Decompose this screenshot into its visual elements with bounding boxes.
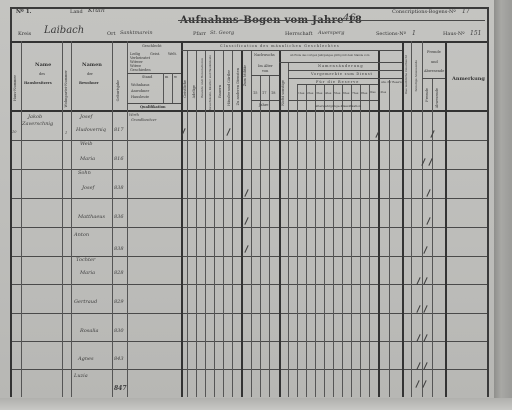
besitzer-cell-1: Jakob — [28, 114, 42, 120]
bewohner-cell-2: Maria — [80, 156, 95, 162]
col-rule — [205, 50, 206, 397]
col-rule — [251, 50, 252, 397]
form-number: Nº 1. — [16, 9, 31, 15]
bewohner-cell-1: Luzia — [74, 373, 88, 379]
col-rule — [432, 78, 433, 397]
age-col-10: 10tes — [379, 91, 386, 94]
bewohner-cell-2: Gertraud — [74, 299, 97, 305]
geburtsjahr-cell: 830 — [114, 328, 124, 334]
col-rule — [369, 84, 370, 397]
kreis-label: Kreis — [18, 31, 31, 37]
col-rule — [411, 41, 412, 397]
bewohner-cell-1: Tochter — [76, 257, 95, 263]
geburtsjahr-cell: 838 — [114, 246, 124, 252]
fremde-title-1: Fremde — [427, 50, 441, 54]
fremde-col-1: Fremde — [425, 88, 429, 102]
col-rule — [223, 50, 224, 397]
geburtsjahr-cell: 836 — [114, 214, 124, 220]
bewohner-cell-1: Weib — [80, 141, 93, 147]
stand-col-m: m — [165, 75, 168, 79]
header-haus-nr: Haus-Nummer — [13, 75, 17, 101]
stand-col-w: w — [174, 75, 177, 79]
ort-label: Ort — [107, 31, 116, 37]
header-name-3: Hausbesitzers — [24, 81, 52, 85]
stand-row-3: Hausleute — [131, 95, 149, 99]
haus-nr-cell: 10 — [12, 130, 16, 134]
fremde-title-3: Abwesende — [424, 69, 444, 73]
geburtsjahr-cell: 847 — [114, 385, 127, 392]
bewohner-cell-2: Maria — [80, 270, 95, 276]
page-edge — [494, 0, 512, 410]
col-rule — [402, 41, 404, 397]
header-bottom-rule — [10, 110, 487, 112]
qualifikation-cell-1: Wirth — [129, 113, 139, 117]
class-col-6: Häusler und Gärtler — [227, 70, 231, 106]
col-rule — [342, 84, 343, 397]
col-rule — [360, 84, 361, 397]
header-namen-3: Bewohner — [79, 81, 99, 85]
age-col-2: 2tes — [307, 91, 313, 95]
kuenftig-title: Ab Ende des vorigen Jahrganges gültig mi… — [290, 54, 370, 57]
geburtsjahr-cell: 843 — [114, 356, 124, 362]
subheader-rule — [127, 103, 181, 104]
kreis-value: Laibach — [44, 25, 84, 36]
col-rule — [288, 62, 289, 397]
table-top-rule — [10, 41, 487, 43]
bewohner-cell-2: Matthaeus — [78, 214, 105, 220]
geburtsjahr-cell: 829 — [114, 299, 124, 305]
col-rule — [187, 50, 188, 397]
herrschaft-label: Herrschaft — [285, 31, 313, 37]
rest-heiratsfaehig: Das weibliche Geschlecht — [404, 55, 408, 94]
header-namen-1: Namen — [82, 62, 102, 68]
header-name-1: Name — [35, 62, 51, 68]
col-rule — [445, 41, 447, 397]
haus-value: 151 — [470, 30, 481, 37]
herrschaft-value: Auersperg — [318, 30, 345, 36]
subheader-rule — [288, 70, 402, 71]
col-rule — [241, 50, 243, 397]
bewohner-cell-1: Sohn — [78, 170, 91, 176]
stand-row-2: Anwohner — [131, 89, 149, 93]
class-col-2: Adelige — [192, 85, 196, 98]
age-col-5: 5tes — [334, 91, 340, 95]
col-rule — [306, 84, 307, 397]
subheader-rule — [251, 75, 279, 76]
sections-value: 1 — [412, 30, 416, 37]
geschlecht-row-5: Geschieden — [130, 68, 151, 72]
subheader-rule — [279, 62, 402, 63]
pfarr-label: Pfarr — [193, 31, 206, 37]
subheader-rule — [422, 78, 445, 79]
nachwuchs-title: Nachwuchs — [254, 53, 275, 57]
fuer-die-reserve: Für die Reserve — [316, 80, 359, 84]
subheader-rule — [251, 100, 279, 101]
class-col-5: Bauern — [218, 85, 222, 98]
col-rule — [378, 50, 380, 397]
col-rule — [71, 41, 72, 397]
col-rule — [333, 84, 334, 397]
qualifikation-label: Qualifikation — [140, 105, 166, 109]
bewohner-cell-2: Hudoverniq — [76, 127, 106, 133]
vorrath-label: Zum Militär — [243, 65, 247, 86]
qualifikation-cell-2: Grundbesitzer — [131, 118, 156, 122]
age-col-1: 1tes — [298, 91, 304, 95]
anmerkung-header: Anmerkung — [452, 76, 485, 82]
col-rule — [297, 84, 298, 397]
page-edge-bottom — [0, 398, 512, 410]
geburtsjahr-cell: 838 — [114, 185, 124, 191]
nachwuchs-sub: Im Alter — [258, 64, 273, 68]
subheader-rule — [288, 100, 378, 101]
class-col-3: Beamte und Honoratioren — [200, 58, 204, 98]
stand-title: Stand — [142, 75, 152, 79]
bewohner-cell-2: Rosalia — [80, 328, 99, 334]
row-divider — [10, 198, 487, 199]
col-rule — [163, 73, 164, 103]
nicht-sonstige: Nicht sonstige — [281, 80, 285, 106]
fremde-col-2: Abwesende — [435, 88, 439, 108]
nachwuchs-age-18: 18 — [271, 91, 275, 95]
header-wohnpartei: Wohnpartei-Nummer — [64, 70, 68, 107]
age-col-3: 3tes — [316, 91, 322, 95]
ort-value: Sanktmarein — [120, 30, 153, 36]
nachwuchs-age-17: 17 — [262, 91, 266, 95]
conscriptions-label: Conscriptions-Bogens-Nº — [392, 9, 456, 15]
fremde-title-2: und — [431, 60, 438, 64]
col-rule — [232, 50, 233, 397]
stand-row-1: Wohnhaus — [131, 83, 149, 87]
col-rule — [21, 41, 22, 397]
land-label: Land — [70, 9, 83, 15]
subheader-rule — [297, 84, 378, 85]
conscriptions-value: 17 — [462, 8, 470, 15]
age-col-9: 9tes — [370, 91, 376, 94]
age-col-6: 6tes — [343, 91, 349, 95]
class-col-7: Zu anderen Diensten — [236, 68, 240, 105]
col-rule — [112, 41, 113, 397]
age-col-8: 8tes — [361, 91, 367, 95]
besitzer-cell-2: Zaverschnig — [22, 121, 53, 127]
vorgemerkte: Vorgemerkte zum Dienst — [311, 72, 373, 76]
col-rule — [127, 41, 128, 397]
nachwuchs-von: von — [262, 69, 268, 73]
row-divider — [10, 227, 487, 228]
col-rule — [62, 41, 63, 397]
header-namen-2: der — [87, 72, 93, 76]
nachwuchs-jahre: Jahre — [259, 103, 269, 107]
haus-label: Haus-Nº — [443, 31, 465, 37]
year-value: 46 — [343, 13, 356, 24]
col-rule — [315, 84, 316, 397]
bewohner-cell-1: Anton — [74, 232, 89, 238]
col-rule — [196, 50, 197, 397]
col-rule — [269, 75, 270, 397]
col-rule — [324, 84, 325, 397]
age-col-7: 7tes — [352, 91, 358, 95]
nachwuchs-age-15: 15 — [253, 91, 257, 95]
header-name-2: des — [39, 72, 45, 76]
land-value: Krain — [88, 7, 105, 14]
sonstige-anwesend: Sonstige Anwesende — [414, 60, 418, 92]
row-divider — [10, 313, 487, 314]
bewohner-cell-1: Josef — [80, 114, 92, 120]
abs-reserve: Abs. für Reserve — [381, 81, 403, 84]
geburtsjahr-cell: 816 — [114, 156, 124, 162]
col-rule — [351, 84, 352, 397]
col-rule — [389, 80, 390, 397]
header-geschlecht: Geschlecht — [142, 44, 162, 48]
col-rule — [172, 73, 173, 103]
subheader-rule — [288, 78, 402, 79]
col-rule — [10, 41, 12, 397]
sections-label: Sections-Nº — [376, 31, 406, 37]
bewohner-cell-2: Josef — [82, 185, 94, 191]
bewohner-cell-2: Agnes — [78, 356, 94, 362]
wohnpartei-cell: 1 — [65, 131, 67, 135]
col-rule — [214, 50, 215, 397]
classification-title: Classification des männlichen Geschlecht… — [220, 44, 340, 48]
subheader-rule — [181, 50, 402, 51]
pfarr-value: St. Georg — [210, 30, 234, 36]
title-rule — [178, 20, 485, 21]
geburtsjahr-cell: 817 — [114, 127, 124, 133]
altersjahrgaenge: Altersjahrgänge-Klassifikation — [315, 104, 361, 108]
geburtsjahr-cell: 828 — [114, 270, 124, 276]
namensaenderung: Namensänderung — [318, 64, 364, 68]
geschlecht-col-2: Welt. — [168, 52, 177, 56]
age-col-4: 4tes — [325, 91, 331, 95]
geschlecht-col-1: Geist. — [150, 52, 160, 56]
header-geburtsjahr: Geburtsjahr — [116, 80, 120, 101]
class-col-4: Gewerbsleute, Künstler und Handelsleute — [209, 55, 212, 110]
col-rule — [260, 75, 261, 397]
col-rule — [422, 41, 423, 397]
class-col-1: Geistliche — [183, 80, 187, 98]
